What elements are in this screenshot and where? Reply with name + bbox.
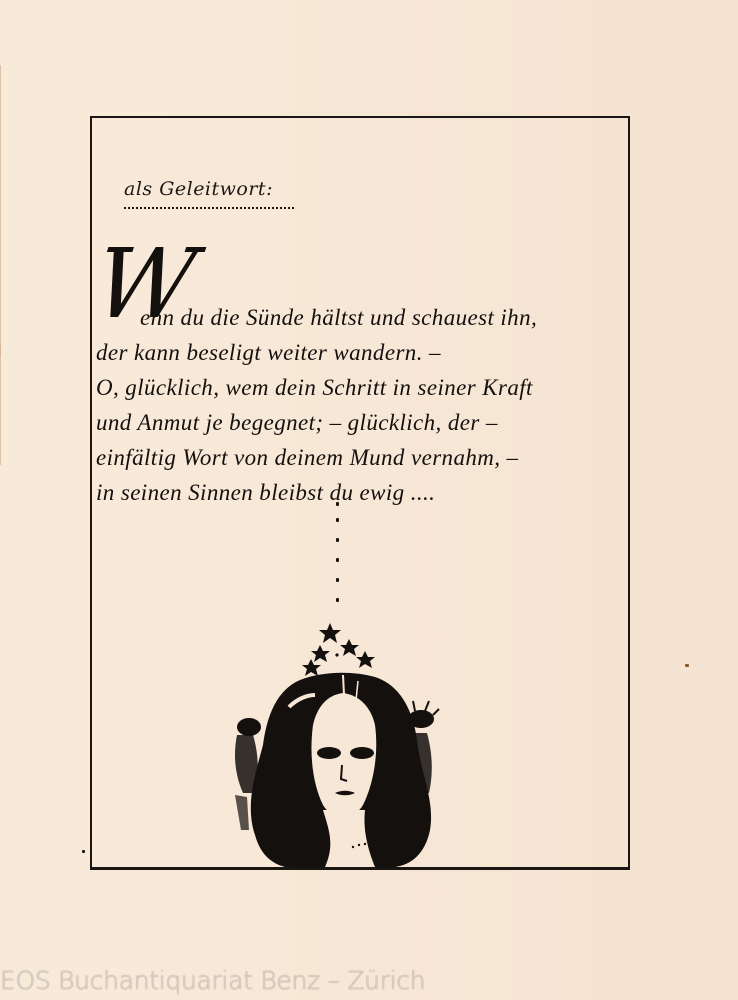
page-edge-lower — [0, 345, 4, 465]
poem-line: O, glücklich, wem dein Schritt in seiner… — [96, 370, 626, 405]
paper-speck — [685, 664, 689, 667]
poem-line: enn du die Sünde hältst und schauest ihn… — [96, 300, 626, 335]
heading: als Geleitwort: — [124, 178, 273, 200]
poem-line: der kann beseligt weiter wandern. – — [96, 335, 626, 370]
poem-line: in seinen Sinnen bleibst du ewig .... — [96, 475, 626, 510]
heading-dotted-underline — [124, 207, 294, 209]
woman-portrait-with-stars-icon — [225, 615, 465, 873]
woman-portrait-illustration — [225, 615, 465, 873]
dotted-line-ornament — [336, 502, 342, 610]
poem-line: einfältig Wort von deinem Mund vernahm, … — [96, 440, 626, 475]
poem-line: und Anmut je begegnet; – glücklich, der … — [96, 405, 626, 440]
poem-text: enn du die Sünde hältst und schauest ihn… — [96, 300, 626, 510]
watermark: EOS Buchantiquariat Benz – Zürich — [0, 966, 425, 995]
ink-speck — [82, 850, 85, 853]
page-edge — [0, 65, 4, 355]
